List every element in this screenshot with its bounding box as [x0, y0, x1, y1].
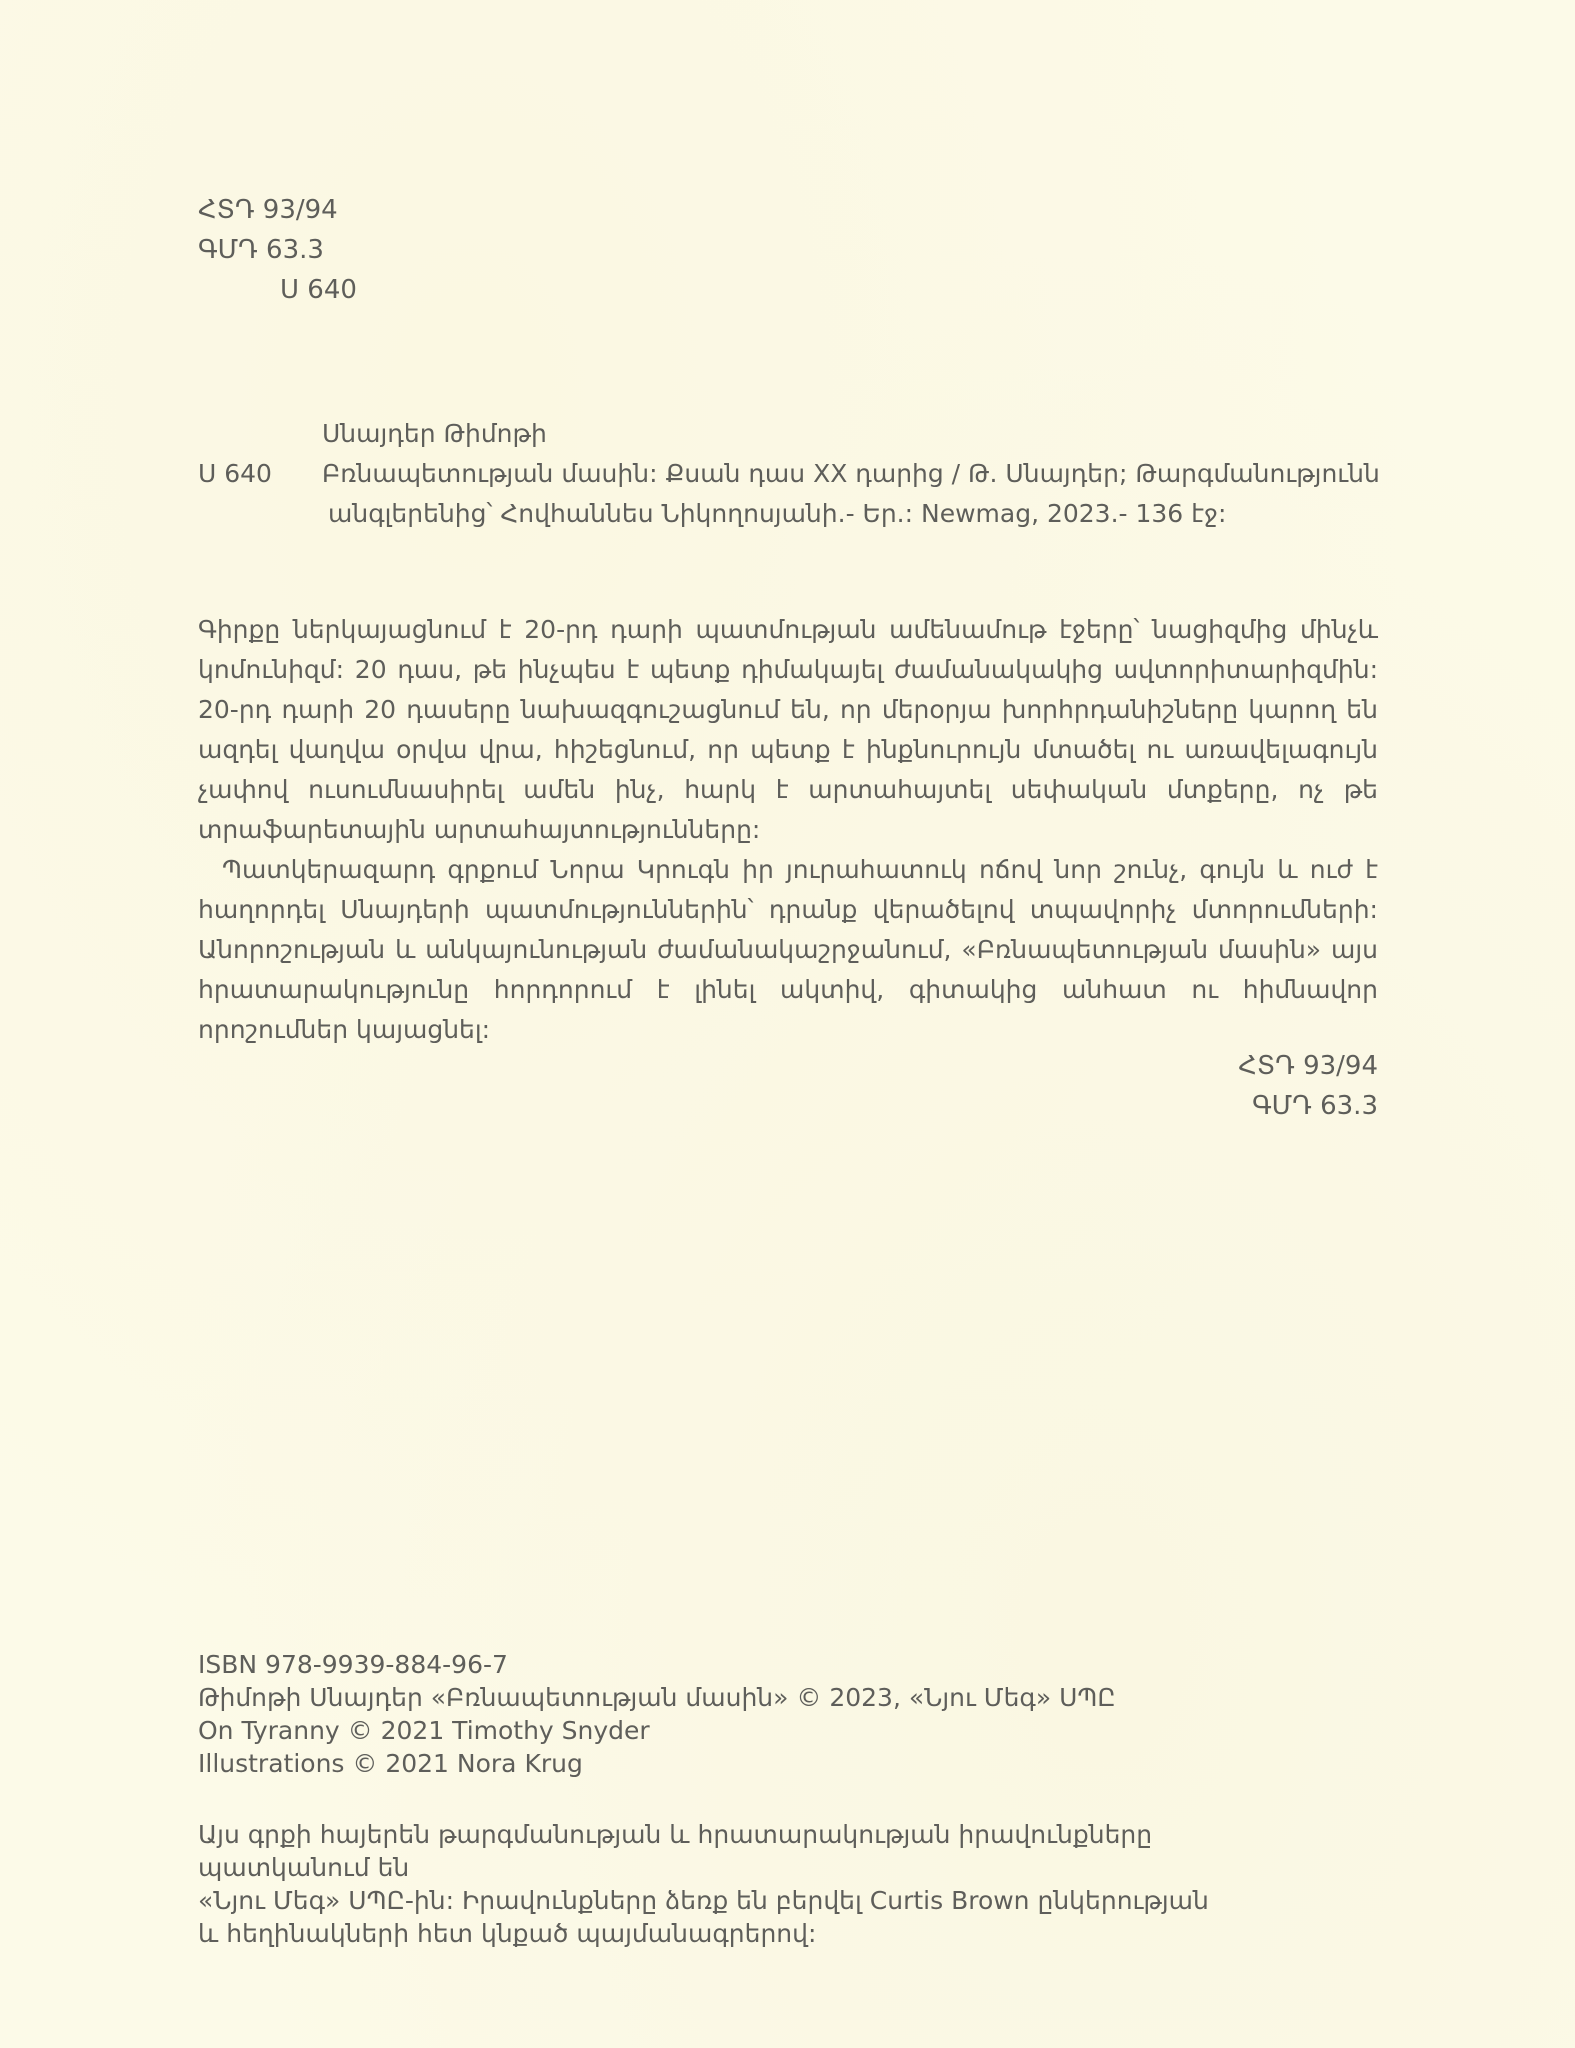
- author-name: Սնայդեր Թիմոթի: [322, 414, 1398, 454]
- armenian-edition-copyright: Թիմոթի Սնայդեր «Բռնապետության մասին» © 2…: [198, 1681, 1116, 1714]
- rights-line-1: Այս գրքի հայերեն թարգմանության և հրատարա…: [198, 1818, 1298, 1884]
- rights-line-2: «Նյու Մեգ» ՍՊԸ-ին: Իրավունքները ձեռք են …: [198, 1884, 1298, 1917]
- author-mark-code: Ս 640: [198, 454, 322, 494]
- udc-code: ՀՏԴ 93/94: [198, 190, 357, 230]
- bbk-code: ԳՄԴ 63.3: [198, 230, 357, 270]
- rights-notice: Այս գրքի հայերեն թարգմանության և հրատարա…: [198, 1818, 1298, 1950]
- rights-line-3: և հեղինակների հետ կնքած պայմանագրերով:: [198, 1917, 1298, 1950]
- copyright-block: ISBN 978-9939-884-96-7 Թիմոթի Սնայդեր «Բ…: [198, 1648, 1116, 1780]
- isbn: ISBN 978-9939-884-96-7: [198, 1648, 1116, 1681]
- bibliographic-continuation: անգլերենից՝ Հովհաննես Նիկողոսյանի.- Եր.:…: [198, 494, 1398, 534]
- author-mark: Ս 640: [198, 270, 357, 310]
- annotation-paragraph-2: Պատկերազարդ գրքում Նորա Կրուգն իր յուրահ…: [198, 850, 1378, 1050]
- bibliographic-entry: Սնայդեր Թիմոթի Ս 640 Բռնապետության մասին…: [198, 414, 1398, 534]
- book-annotation: Գիրքը ներկայացնում է 20-րդ դարի պատմությ…: [198, 610, 1378, 1050]
- annotation-paragraph-1: Գիրքը ներկայացնում է 20-րդ դարի պատմությ…: [198, 610, 1378, 850]
- illustrations-copyright: Illustrations © 2021 Nora Krug: [198, 1747, 1116, 1780]
- udc-code-right: ՀՏԴ 93/94: [1238, 1046, 1378, 1086]
- title-line: Բռնապետության մասին: Քսան դաս XX դարից /…: [322, 454, 1398, 494]
- original-copyright: On Tyranny © 2021 Timothy Snyder: [198, 1714, 1116, 1747]
- copyright-page: ՀՏԴ 93/94 ԳՄԴ 63.3 Ս 640 Սնայդեր Թիմոթի …: [0, 0, 1575, 2048]
- bbk-code-right: ԳՄԴ 63.3: [1238, 1086, 1378, 1126]
- classification-codes-bottom: ՀՏԴ 93/94 ԳՄԴ 63.3: [1238, 1046, 1378, 1126]
- classification-codes-top: ՀՏԴ 93/94 ԳՄԴ 63.3 Ս 640: [198, 190, 357, 310]
